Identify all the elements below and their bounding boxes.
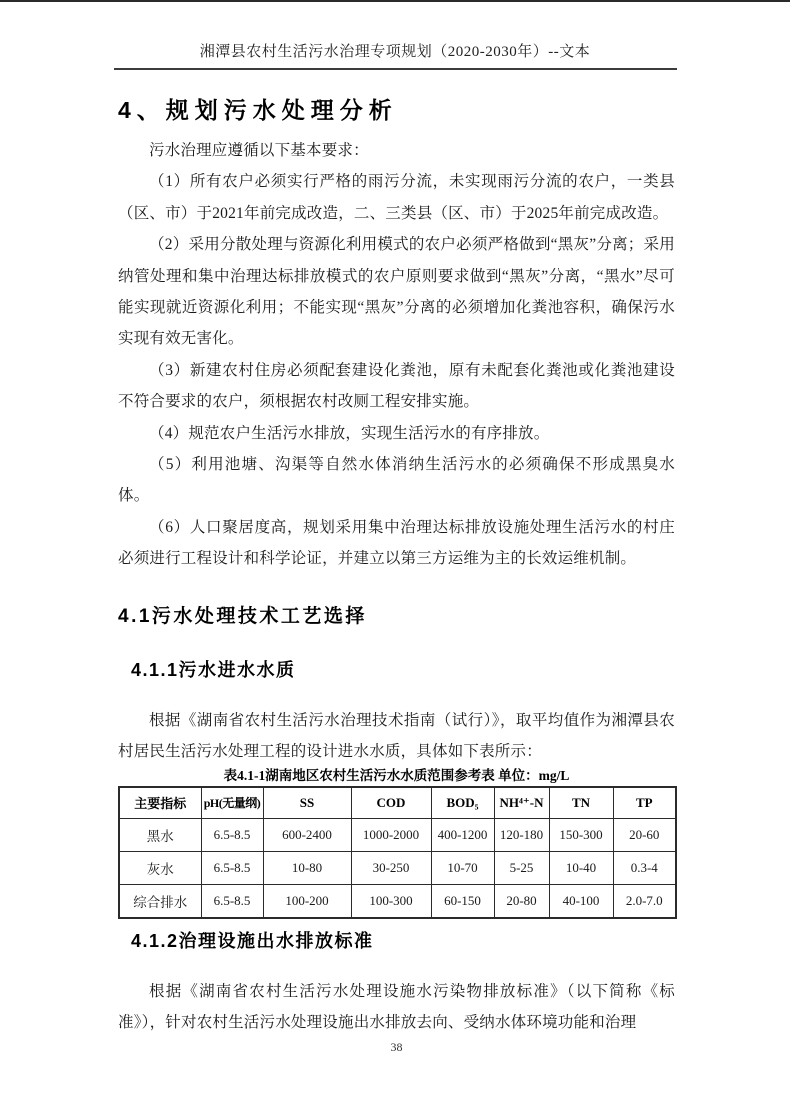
paragraph-intro: 污水治理应遵循以下基本要求： — [118, 135, 675, 166]
table-header-cell: pH(无量纲) — [201, 787, 263, 819]
section-4-1-2-body: 根据《湖南省农村生活污水处理设施水污染物排放标准》（以下简称《标准》），针对农村… — [118, 976, 675, 1039]
paragraph-item-1: （1）所有农户必须实行严格的雨污分流，未实现雨污分流的农户，一类县（区、市）于2… — [118, 166, 675, 229]
table-header-cell: TP — [613, 787, 676, 819]
row-label-cell: 综合排水 — [119, 884, 201, 918]
page-number: 38 — [118, 1040, 675, 1054]
table-cell: 1000-2000 — [351, 818, 431, 851]
paragraph-item-6: （6）人口聚居度高，规划采用集中治理达标排放设施处理生活污水的村庄必须进行工程设… — [118, 512, 675, 575]
table-row: 黑水6.5-8.5600-24001000-2000400-1200120-18… — [119, 818, 676, 851]
table-cell: 60-150 — [431, 884, 494, 918]
section-4-body: 污水治理应遵循以下基本要求： （1）所有农户必须实行严格的雨污分流，未实现雨污分… — [118, 135, 675, 575]
row-label-cell: 黑水 — [119, 818, 201, 851]
table-cell: 2.0-7.0 — [613, 884, 676, 918]
table-header-cell: SS — [263, 787, 351, 819]
table-cell: 6.5-8.5 — [201, 851, 263, 884]
table-cell: 6.5-8.5 — [201, 884, 263, 918]
table-cell: 40-100 — [549, 884, 613, 918]
doc-header: 湘潭县农村生活污水治理专项规划（2020-2030年）--文本 — [0, 0, 790, 70]
table-cell: 150-300 — [549, 818, 613, 851]
doc-header-title: 湘潭县农村生活污水治理专项规划（2020-2030年）--文本 — [0, 44, 790, 61]
table-cell: 30-250 — [351, 851, 431, 884]
paragraph-item-3: （3）新建农村住房必须配套建设化粪池，原有未配套化粪池或化粪池建设不符合要求的农… — [118, 355, 675, 418]
table-cell: 10-40 — [549, 851, 613, 884]
heading-section-4-1-1: 4.1.1污水进水水质 — [131, 660, 675, 680]
water-quality-table: 主要指标pH(无量纲)SSCODBOD₅NH⁴⁺-NTNTP 黑水6.5-8.5… — [118, 786, 677, 919]
heading-section-4: 4、规划污水处理分析 — [118, 97, 675, 123]
table-header-cell: 主要指标 — [119, 787, 201, 819]
table-row: 灰水6.5-8.510-8030-25010-705-2510-400.3-4 — [119, 851, 676, 884]
table-header-cell: TN — [549, 787, 613, 819]
row-label-cell: 灰水 — [119, 851, 201, 884]
section-4-1-1-body: 根据《湖南省农村生活污水治理技术指南（试行）》，取平均值作为湘潭县农村居民生活污… — [118, 705, 675, 768]
doc-header-rule — [114, 68, 677, 70]
table-header-cell: COD — [351, 787, 431, 819]
table-cell: 10-70 — [431, 851, 494, 884]
paragraph-item-5: （5）利用池塘、沟渠等自然水体消纳生活污水的必须确保不形成黑臭水体。 — [118, 449, 675, 512]
paragraph-item-2: （2）采用分散处理与资源化利用模式的农户必须严格做到“黑灰”分离；采用纳管处理和… — [118, 229, 675, 355]
paragraph-influent-quality: 根据《湖南省农村生活污水治理技术指南（试行）》，取平均值作为湘潭县农村居民生活污… — [118, 705, 675, 768]
table-cell: 600-2400 — [263, 818, 351, 851]
heading-section-4-1: 4.1污水处理技术工艺选择 — [118, 606, 675, 628]
table-cell: 10-80 — [263, 851, 351, 884]
table-cell: 20-80 — [494, 884, 549, 918]
table-cell: 20-60 — [613, 818, 676, 851]
table-header-row: 主要指标pH(无量纲)SSCODBOD₅NH⁴⁺-NTNTP — [119, 787, 676, 819]
table-body: 黑水6.5-8.5600-24001000-2000400-1200120-18… — [119, 818, 676, 918]
paragraph-effluent-standard: 根据《湖南省农村生活污水处理设施水污染物排放标准》（以下简称《标准》），针对农村… — [118, 976, 675, 1039]
document-page: { "page": { "header": { "title": "湘潭县农村生… — [0, 0, 790, 1118]
table-cell: 100-300 — [351, 884, 431, 918]
table-header-cell: BOD₅ — [431, 787, 494, 819]
table-header-cell: NH⁴⁺-N — [494, 787, 549, 819]
table-cell: 120-180 — [494, 818, 549, 851]
table-caption: 表4.1-1湖南地区农村生活污水水质范围参考表 单位：mg/L — [118, 768, 675, 784]
table-cell: 6.5-8.5 — [201, 818, 263, 851]
table-cell: 0.3-4 — [613, 851, 676, 884]
table-cell: 400-1200 — [431, 818, 494, 851]
page-top-edge-line — [0, 0, 790, 2]
table-row: 综合排水6.5-8.5100-200100-30060-15020-8040-1… — [119, 884, 676, 918]
heading-section-4-1-2: 4.1.2治理设施出水排放标准 — [131, 931, 675, 951]
table-cell: 5-25 — [494, 851, 549, 884]
table-cell: 100-200 — [263, 884, 351, 918]
paragraph-item-4: （4）规范农户生活污水排放，实现生活污水的有序排放。 — [118, 418, 675, 449]
page-content: 4、规划污水处理分析 污水治理应遵循以下基本要求： （1）所有农户必须实行严格的… — [0, 97, 790, 1054]
